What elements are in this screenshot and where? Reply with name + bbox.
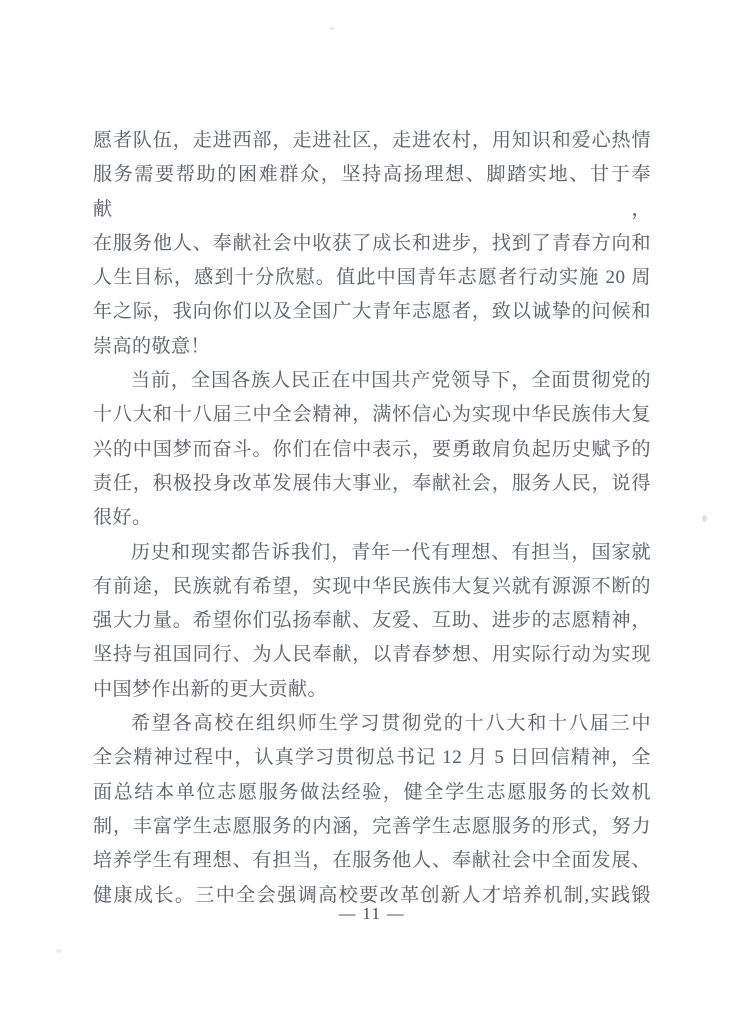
text-line: 强大力量。希望你们弘扬奉献、友爱、互助、进步的志愿精神， (93, 604, 651, 638)
text-line: 服务需要帮助的困难群众，坚持高扬理想、脚踏实地、甘于奉献， (93, 158, 651, 227)
page-number: — 11 — (93, 903, 651, 925)
text-line: 培养学生有理想、有担当，在服务他人、奉献社会中全面发展、 (93, 844, 651, 878)
text-line: 年之际，我向你们以及全国广大青年志愿者，致以诚挚的问候和 (93, 295, 651, 329)
text-line: 全会精神过程中，认真学习贯彻总书记 12 月 5 日回信精神，全 (93, 741, 651, 775)
text-line: 兴的中国梦而奋斗。你们在信中表示，要勇敢肩负起历史赋予的 (93, 433, 651, 467)
letter-body: 愿者队伍，走进西部，走进社区，走进农村，用知识和爱心热情服务需要帮助的困难群众，… (93, 124, 651, 913)
text-line: 当前，全国各族人民正在中国共产党领导下，全面贯彻党的 (93, 364, 651, 398)
scan-speck (702, 515, 707, 522)
text-line: 在服务他人、奉献社会中收获了成长和进步，找到了青春方向和 (93, 227, 651, 261)
text-line: 很好。 (93, 501, 651, 535)
text-line: 责任，积极投身改革发展伟大事业，奉献社会，服务人民，说得 (93, 467, 651, 501)
text-line: 制，丰富学生志愿服务的内涵，完善学生志愿服务的形式，努力 (93, 810, 651, 844)
scan-speck (330, 27, 334, 30)
text-line: 历史和现实都告诉我们，青年一代有理想、有担当，国家就 (93, 536, 651, 570)
text-line: 中国梦作出新的更大贡献。 (93, 673, 651, 707)
text-line: 愿者队伍，走进西部，走进社区，走进农村，用知识和爱心热情 (93, 124, 651, 158)
text-line: 坚持与祖国同行、为人民奉献，以青春梦想、用实际行动为实现 (93, 638, 651, 672)
scanned-document-page: 愿者队伍，走进西部，走进社区，走进农村，用知识和爱心热情服务需要帮助的困难群众，… (0, 0, 743, 1024)
text-line: 面总结本单位志愿服务做法经验，健全学生志愿服务的长效机 (93, 776, 651, 810)
text-line: 有前途，民族就有希望，实现中华民族伟大复兴就有源源不断的 (93, 570, 651, 604)
scan-speck (56, 949, 62, 953)
text-line: 人生目标，感到十分欣慰。值此中国青年志愿者行动实施 20 周 (93, 261, 651, 295)
text-line: 希望各高校在组织师生学习贯彻党的十八大和十八届三中 (93, 707, 651, 741)
text-line: 崇高的敬意！ (93, 330, 651, 364)
text-line: 十八大和十八届三中全会精神，满怀信心为实现中华民族伟大复 (93, 398, 651, 432)
